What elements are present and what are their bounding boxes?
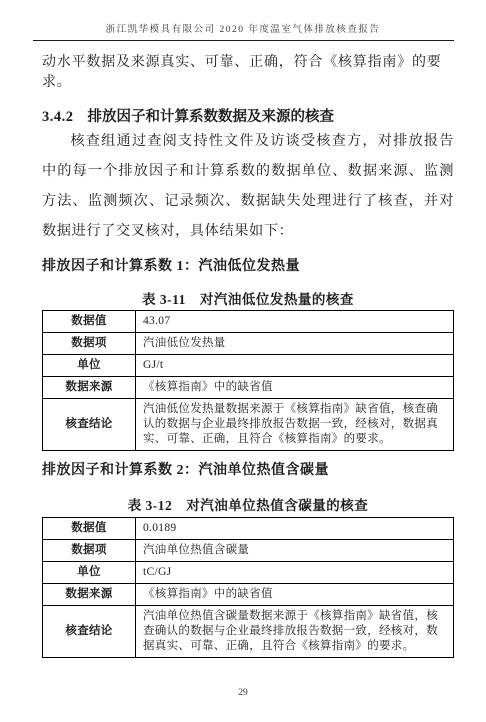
- cell-unit: GJ/t: [136, 355, 454, 377]
- row-header-unit: 单位: [43, 355, 136, 377]
- table-row: 单位 tC/GJ: [43, 562, 454, 584]
- row-header-data-value: 数据值: [43, 518, 136, 540]
- section-title: 排放因子和计算系数数据及来源的核查: [88, 109, 335, 125]
- cell-data-source: 《核算指南》中的缺省值: [136, 584, 454, 606]
- page-number: 29: [0, 688, 486, 698]
- row-header-unit: 单位: [43, 562, 136, 584]
- table-row: 数据来源 《核算指南》中的缺省值: [43, 377, 454, 399]
- section-heading: 3.4.2排放因子和计算系数数据及来源的核查: [42, 105, 334, 126]
- report-header-title: 浙江凯华模具有限公司 2020 年度温室气体排放核查报告: [0, 21, 486, 35]
- row-header-data-item: 数据项: [43, 333, 136, 355]
- table-row: 数据项 汽油单位热值含碳量: [43, 540, 454, 562]
- cell-data-item: 汽油单位热值含碳量: [136, 540, 454, 562]
- cell-data-item: 汽油低位发热量: [136, 333, 454, 355]
- cell-data-value: 43.07: [136, 311, 454, 333]
- row-header-data-value: 数据值: [43, 311, 136, 333]
- cell-data-source: 《核算指南》中的缺省值: [136, 377, 454, 399]
- cell-conclusion: 汽油单位热值含碳量数据来源于《核算指南》缺省值，核查确认的数据与企业最终排放报告…: [136, 606, 454, 658]
- row-header-data-source: 数据来源: [43, 377, 136, 399]
- document-page: 浙江凯华模具有限公司 2020 年度温室气体排放核查报告 动水平数据及来源真实、…: [0, 0, 486, 722]
- factor-2-label: 排放因子和计算系数 2：汽油单位热值含碳量: [42, 459, 329, 479]
- table-3-12-caption: 表 3-12 对汽油单位热值含碳量的核查: [42, 494, 454, 514]
- section-number: 3.4.2: [42, 109, 74, 125]
- header-divider: [33, 40, 454, 41]
- table-row: 数据来源 《核算指南》中的缺省值: [43, 584, 454, 606]
- row-header-data-source: 数据来源: [43, 584, 136, 606]
- cell-data-value: 0.0189: [136, 518, 454, 540]
- table-3-11-caption: 表 3-11 对汽油低位发热量的核查: [42, 288, 454, 308]
- table-row: 数据值 43.07: [43, 311, 454, 333]
- table-row: 单位 GJ/t: [43, 355, 454, 377]
- factor-1-label: 排放因子和计算系数 1：汽油低位发热量: [42, 255, 300, 275]
- table-row: 数据值 0.0189: [43, 518, 454, 540]
- row-header-conclusion: 核查结论: [43, 606, 136, 658]
- table-row: 核查结论 汽油低位发热量数据来源于《核算指南》缺省值，核查确认的数据与企业最终排…: [43, 399, 454, 451]
- table-row: 数据项 汽油低位发热量: [43, 333, 454, 355]
- carryover-paragraph: 动水平数据及来源真实、可靠、正确，符合《核算指南》的要求。: [42, 51, 454, 91]
- table-3-12: 数据值 0.0189 数据项 汽油单位热值含碳量 单位 tC/GJ 数据来源 《…: [42, 517, 454, 658]
- table-3-11: 数据值 43.07 数据项 汽油低位发热量 单位 GJ/t 数据来源 《核算指南…: [42, 310, 454, 451]
- row-header-conclusion: 核查结论: [43, 399, 136, 451]
- row-header-data-item: 数据项: [43, 540, 136, 562]
- section-paragraph: 核查组通过查阅支持性文件及访谈受核查方，对排放报告中的每一个排放因子和计算系数的…: [42, 126, 454, 246]
- cell-conclusion: 汽油低位发热量数据来源于《核算指南》缺省值，核查确认的数据与企业最终排放报告数据…: [136, 399, 454, 451]
- table-row: 核查结论 汽油单位热值含碳量数据来源于《核算指南》缺省值，核查确认的数据与企业最…: [43, 606, 454, 658]
- cell-unit: tC/GJ: [136, 562, 454, 584]
